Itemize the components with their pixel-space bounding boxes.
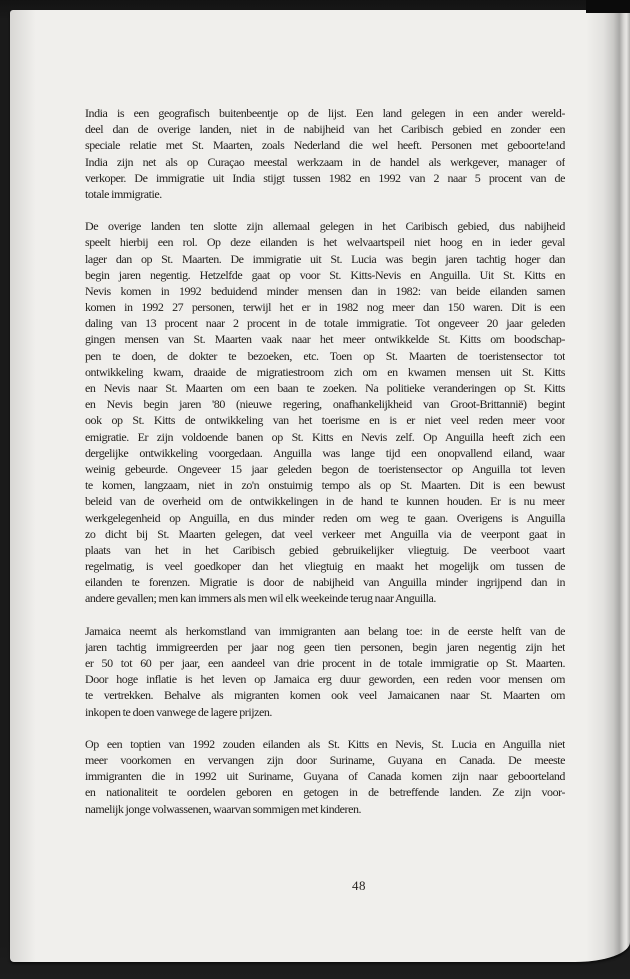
text-line: en Nevis naar St. Maarten om een baan te… (85, 380, 565, 396)
text-line: begin jaren negentig. Hetzelfde gaat op … (85, 267, 565, 283)
text-line: en Nevis begin jaren '80 (nieuwe regerin… (85, 396, 565, 412)
text-line: ook op St. Kitts de ontwikkeling van het… (85, 412, 565, 428)
page-number: 48 (119, 878, 599, 894)
text-line: er 50 tot 60 per jaar, een aandeel van d… (85, 655, 565, 671)
text-line: deel dan de overige landen, niet in de n… (85, 121, 565, 137)
paragraph: India is een geografisch buitenbeentje o… (85, 105, 565, 202)
text-line: inkopen te doen vanwege de lagere prijze… (85, 704, 565, 720)
text-block: India is een geografisch buitenbeentje o… (85, 105, 565, 833)
text-line: beleid van de overheid om de ontwikkelin… (85, 493, 565, 509)
paragraph: De overige landen ten slotte zijn allema… (85, 218, 565, 607)
text-line: emigratie. Er zijn voldoende banen op St… (85, 429, 565, 445)
text-line: speciale relatie met St. Maarten, zoals … (85, 137, 565, 153)
text-line: plaats van het in het Caribisch gebied g… (85, 542, 565, 558)
book-page: India is een geografisch buitenbeentje o… (10, 10, 630, 962)
text-line: zo dicht bij St. Maarten gelegen, dat ve… (85, 526, 565, 542)
text-line: ontwikkeling kwam, draaide de migratiest… (85, 364, 565, 380)
text-line: werkgelegenheid op Anguilla, en dus mind… (85, 510, 565, 526)
text-line: De overige landen ten slotte zijn allema… (85, 218, 565, 234)
text-line: Op een toptien van 1992 zouden eilanden … (85, 736, 565, 752)
text-line: India zijn net als op Curaçao meestal we… (85, 154, 565, 170)
text-line: namelijk jonge volwassenen, waarvan somm… (85, 801, 565, 817)
text-line: Jamaica neemt als herkomstland van immig… (85, 623, 565, 639)
paragraph: Jamaica neemt als herkomstland van immig… (85, 623, 565, 720)
text-line: gingen mensen van St. Maarten vaak naar … (85, 331, 565, 347)
text-line: meer voorkomen en vervangen zijn door Su… (85, 752, 565, 768)
text-line: Door hoge inflatie is het leven op Jamai… (85, 671, 565, 687)
text-line: daling van 13 procent naar 2 procent in … (85, 315, 565, 331)
paragraph: Op een toptien van 1992 zouden eilanden … (85, 736, 565, 817)
text-line: en nationaliteit te oordelen geboren en … (85, 784, 565, 800)
text-line: te komen, langzaam, niet in zo'n onstuim… (85, 477, 565, 493)
text-line: lager dan op St. Maarten. De immigratie … (85, 251, 565, 267)
text-line: totale immigratie. (85, 186, 565, 202)
text-line: immigranten die in 1992 uit Suriname, Gu… (85, 768, 565, 784)
text-line: jaren tachtig immigreerden per jaar nog … (85, 639, 565, 655)
text-line: weinig gebeurde. Ongeveer 15 jaar gelede… (85, 461, 565, 477)
text-line: India is een geografisch buitenbeentje o… (85, 105, 565, 121)
text-line: te vertrekken. Behalve als migranten kom… (85, 687, 565, 703)
text-line: eilanden te forenzen. Migratie is door d… (85, 574, 565, 590)
text-line: andere gevallen; men kan immers als men … (85, 590, 565, 606)
text-line: komen in 1992 27 personen, terwijl het e… (85, 299, 565, 315)
scanner-background: India is een geografisch buitenbeentje o… (0, 0, 630, 979)
text-line: speelt hierbij een rol. Op deze eilanden… (85, 234, 565, 250)
text-line: regelmatig, is veel goedkoper dan het vl… (85, 558, 565, 574)
text-line: verkoper. De immigratie uit India stijgt… (85, 170, 565, 186)
text-line: pen te doen, de dokter te bezoeken, etc.… (85, 348, 565, 364)
page-top-right-shadow (586, 0, 630, 13)
text-line: dergelijke ontwikkeling voorgedaan. Angu… (85, 445, 565, 461)
text-line: Nevis komen in 1992 beduidend minder men… (85, 283, 565, 299)
